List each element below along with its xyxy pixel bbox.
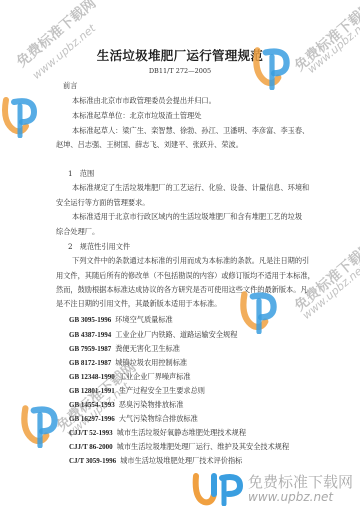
reference-item: GB 7959-1987粪便无害化卫生标准 [69, 344, 180, 354]
reference-name: 生产过程安全卫生要求总则 [119, 386, 205, 395]
reference-name: 工业企业厂界噪声标准 [119, 372, 191, 381]
reference-name: 城镇垃圾农用控制标准 [115, 358, 187, 367]
section-1-text: 综合处理厂。 [56, 227, 99, 236]
reference-name: 大气污染物综合排放标准 [119, 414, 198, 423]
reference-name: 城市生活垃圾堆肥处理厂技术评价指标 [120, 456, 242, 465]
reference-code: GB 7959-1987 [69, 345, 111, 353]
reference-name: 城市生活垃圾好氧静态堆肥处理技术规程 [117, 428, 246, 437]
reference-code: CJJ/T 52-1993 [69, 429, 113, 437]
section-1-text: 本标准规定了生活垃圾堆肥厂的工艺运行、化验、设备、计量信息、环境和 [72, 183, 309, 192]
foreword-heading: 前言 [63, 81, 77, 90]
reference-code: GB 8172-1987 [69, 359, 111, 367]
reference-code: GB 14554-1993 [69, 401, 115, 409]
document-title: 生活垃圾堆肥厂运行管理规范 [0, 46, 360, 64]
reference-item: GB 4387-1994工业企业厂内铁路、道路运输安全规程 [69, 330, 237, 340]
foreword-line: 赵坤、吕志强、王树国、薛志飞、刘建平、张跃升、荣波。 [56, 140, 243, 149]
reference-item: GB 16297-1996大气污染物综合排放标准 [69, 414, 198, 424]
section-1-heading: 1 范围 [68, 169, 94, 178]
reference-item: GB 3095-1996环境空气质量标准 [69, 315, 173, 325]
reference-code: GB 3095-1996 [69, 316, 111, 324]
section-2-text: 用文件，其随后所有的修改单（不包括勘误的内容）或修订版均不适用于本标准， [56, 271, 315, 280]
reference-item: GB 8172-1987城镇垃圾农用控制标准 [69, 358, 187, 368]
reference-name: 城市生活垃圾堆肥处理厂运行、维护及其安全技术规程 [117, 442, 290, 451]
reference-code: GB 16297-1996 [69, 415, 115, 423]
foreword-line: 本标准由北京市市政管理委员会提出并归口。 [72, 96, 216, 105]
reference-code: CJ/T 3059-1996 [69, 457, 116, 465]
foreword-line: 本标准起草单位：北京市垃圾渣土管理处 [72, 111, 201, 120]
section-2-text: 是不注日期的引用文件，其最新版本适用于本标准。 [56, 299, 221, 308]
reference-name: 环境空气质量标准 [115, 315, 173, 324]
reference-item: CJJ/T 52-1993城市生活垃圾好氧静态堆肥处理技术规程 [69, 428, 246, 438]
reference-item: GB 12801-1991生产过程安全卫生要求总则 [69, 386, 205, 396]
section-1-text: 安全运行等方面的管理要求。 [56, 198, 149, 207]
reference-item: GB 14554-1993恶臭污染物排放标准 [69, 400, 183, 410]
reference-code: GB 12801-1991 [69, 387, 115, 395]
standard-number: DB11/T 272—2005 [0, 67, 360, 75]
reference-name: 工业企业厂内铁路、道路运输安全规程 [115, 330, 237, 339]
document-page: 生活垃圾堆肥厂运行管理规范 DB11/T 272—2005 前言 本标准由北京市… [0, 0, 360, 509]
reference-item: CJ/T 3059-1996城市生活垃圾堆肥处理厂技术评价指标 [69, 456, 242, 466]
reference-name: 恶臭污染物排放标准 [119, 400, 184, 409]
reference-code: GB 12348-1990 [69, 373, 115, 381]
section-2-text: 然而，鼓励根据本标准达成协议的各方研究是否可使用这些文件的最新版本。凡 [56, 285, 308, 294]
reference-item: CJJ/T 86-2000城市生活垃圾堆肥处理厂运行、维护及其安全技术规程 [69, 442, 289, 452]
section-2-text: 下列文件中的条款通过本标准的引用而成为本标准的条款。凡是注日期的引 [72, 256, 309, 265]
reference-code: CJJ/T 86-2000 [69, 443, 113, 451]
section-2-heading: 2 规范性引用文件 [68, 242, 130, 251]
foreword-line: 本标准起草人：梁广生、栾智慧、徐勃、孙江、卫潘明、李彦富、李玉春、 [72, 126, 309, 135]
reference-name: 粪便无害化卫生标准 [115, 344, 180, 353]
section-1-text: 本标准适用于北京市行政区域内的生活垃圾堆肥厂和含有堆肥工艺的垃圾 [72, 212, 302, 221]
reference-item: GB 12348-1990工业企业厂界噪声标准 [69, 372, 191, 382]
reference-code: GB 4387-1994 [69, 331, 111, 339]
